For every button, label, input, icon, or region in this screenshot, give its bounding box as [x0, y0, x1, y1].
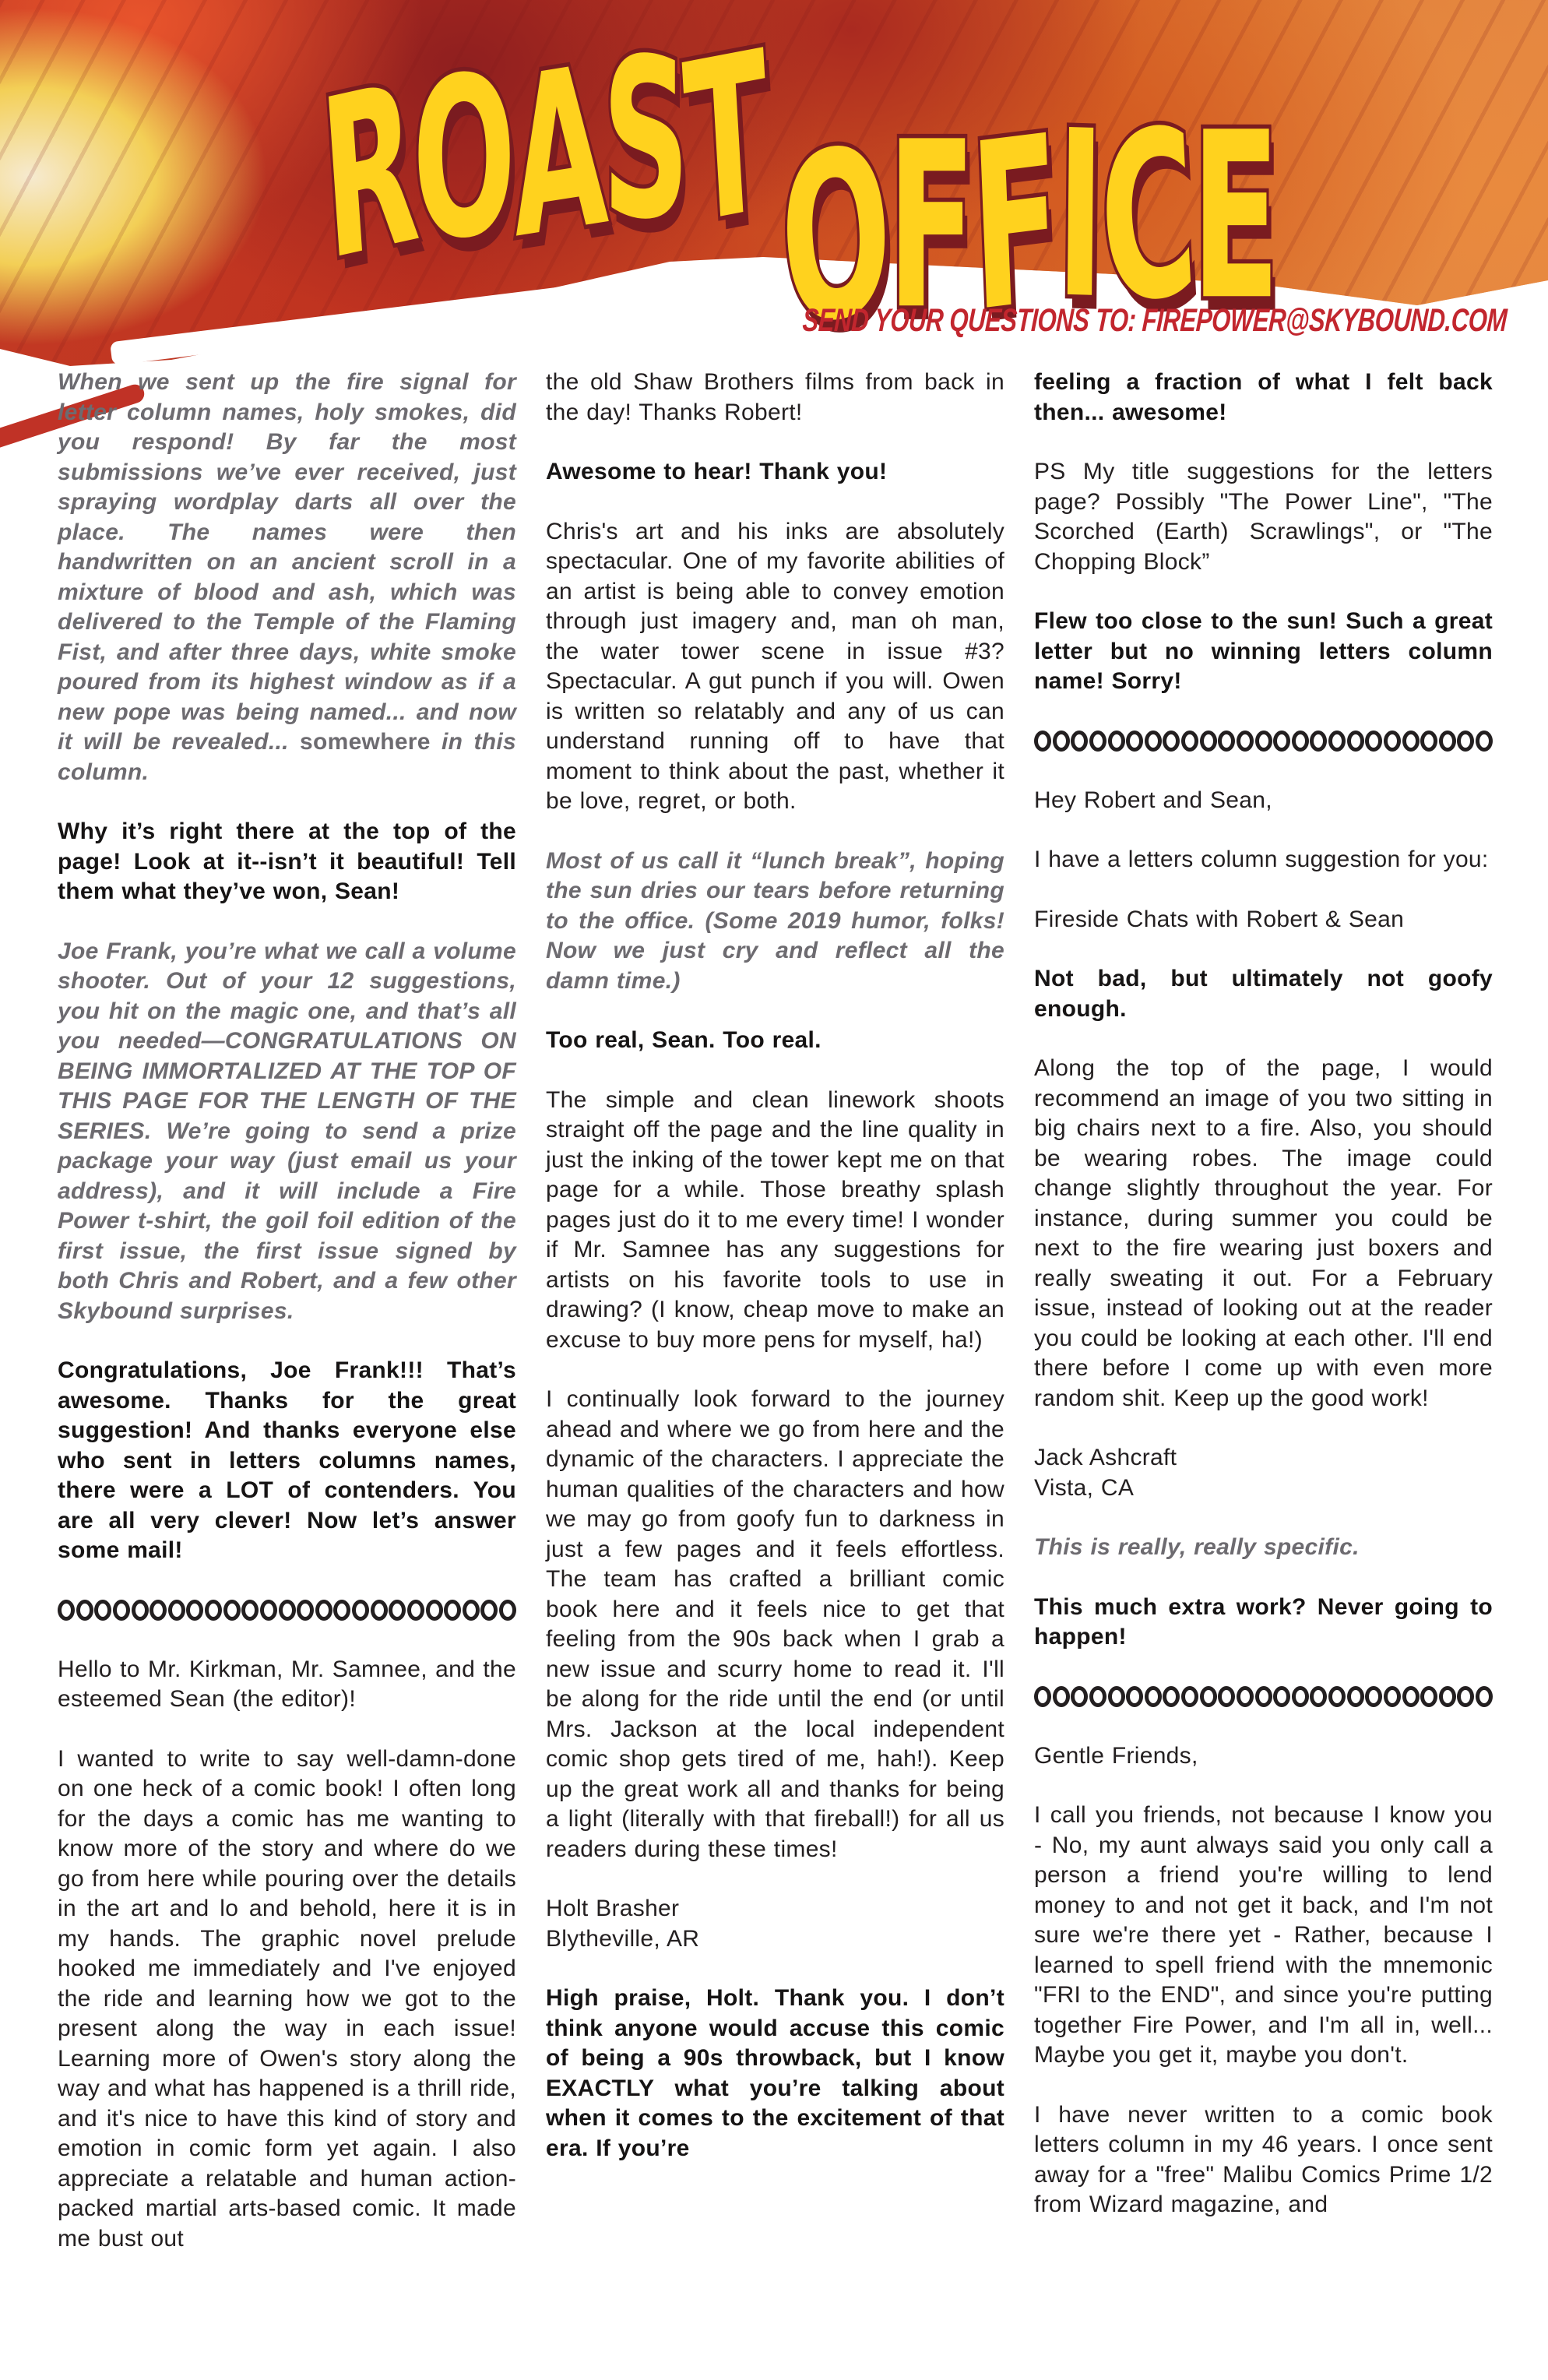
- text-run: PS My title suggestions for the letters …: [1034, 459, 1493, 575]
- text-run: This is really, really specific.: [1034, 1534, 1360, 1560]
- divider-circle: [1089, 1686, 1106, 1707]
- text-run: I continually look forward to the journe…: [546, 1386, 1004, 1862]
- text-run: Too real, Sean. Too real.: [546, 1027, 821, 1053]
- editor-reply: High praise, Holt. Thank you. I don’t th…: [546, 1984, 1004, 2163]
- divider-circle: [1402, 1686, 1420, 1707]
- letter-paragraph: the old Shaw Brothers films from back in…: [546, 368, 1004, 428]
- letter-paragraph: I have never written to a comic book let…: [1034, 2100, 1493, 2220]
- letter-paragraph: Chris's art and his inks are absolutely …: [546, 517, 1004, 817]
- editor-reply: This is really, really specific.: [1034, 1533, 1493, 1563]
- divider-circle: [333, 1600, 350, 1621]
- text-run: Along the top of the page, I would recom…: [1034, 1055, 1493, 1411]
- divider-circle: [1365, 1686, 1382, 1707]
- divider-circle: [1255, 731, 1272, 752]
- divider-circle: [1034, 1686, 1051, 1707]
- divider-circle: [1384, 731, 1401, 752]
- divider-circle: [1163, 1686, 1180, 1707]
- divider-circle: [1476, 731, 1493, 752]
- logo-letter: A: [506, 19, 608, 288]
- text-run: Awesome to hear! Thank you!: [546, 459, 887, 484]
- tagline: SEND YOUR QUESTIONS TO: FIREPOWER@SKYBOU…: [802, 302, 1261, 339]
- signature: Jack AshcraftVista, CA: [1034, 1443, 1493, 1503]
- editor-reply: Why it’s right there at the top of the p…: [58, 817, 516, 907]
- divider-circle: [1145, 731, 1162, 752]
- divider-circle: [352, 1600, 369, 1621]
- text-run: Gentle Friends,: [1034, 1743, 1198, 1769]
- letter-paragraph: I have a letters column suggestion for y…: [1034, 845, 1493, 875]
- divider-circle: [260, 1600, 277, 1621]
- editor-reply: Congratulations, Joe Frank!!! That’s awe…: [58, 1356, 516, 1566]
- divider-circle: [1365, 731, 1382, 752]
- editor-reply: When we sent up the fire signal for lett…: [58, 368, 516, 787]
- divider-circle: [1237, 1686, 1254, 1707]
- text-run: I have a letters column suggestion for y…: [1034, 847, 1489, 872]
- divider-circle: [371, 1600, 388, 1621]
- editor-reply: Awesome to hear! Thank you!: [546, 457, 1004, 488]
- logo-letter: T: [679, 5, 772, 274]
- section-divider: [58, 1600, 516, 1621]
- signature-line: Vista, CA: [1034, 1473, 1493, 1504]
- editor-reply: Most of us call it “lunch break”, hoping…: [546, 847, 1004, 997]
- letter-paragraph: I wanted to write to say well-damn-done …: [58, 1745, 516, 2255]
- text-run: Most of us call it “lunch break”, hoping…: [546, 848, 1004, 994]
- divider-circle: [1181, 1686, 1198, 1707]
- divider-circle: [1237, 731, 1254, 752]
- text-run: feeling a fraction of what I felt back t…: [1034, 369, 1493, 425]
- divider-circle: [389, 1600, 406, 1621]
- divider-circle: [1071, 731, 1088, 752]
- text-run: I wanted to write to say well-damn-done …: [58, 1746, 516, 2251]
- divider-circle: [186, 1600, 203, 1621]
- divider-circle: [1089, 731, 1106, 752]
- text-run: This much extra work? Never going to hap…: [1034, 1594, 1493, 1650]
- divider-circle: [1108, 1686, 1125, 1707]
- divider-circle: [407, 1600, 424, 1621]
- divider-circle: [499, 1600, 516, 1621]
- divider-circle: [1292, 731, 1309, 752]
- logo-roast: ROAST: [319, 8, 769, 305]
- editor-reply: Too real, Sean. Too real.: [546, 1026, 1004, 1056]
- divider-circle: [480, 1600, 498, 1621]
- letter-paragraph: Gentle Friends,: [1034, 1741, 1493, 1772]
- divider-circle: [1108, 731, 1125, 752]
- divider-circle: [1053, 1686, 1070, 1707]
- divider-circle: [1310, 1686, 1327, 1707]
- divider-circle: [1034, 731, 1051, 752]
- divider-circle: [315, 1600, 332, 1621]
- editor-reply: Joe Frank, you’re what we call a volume …: [58, 937, 516, 1327]
- divider-circle: [1273, 1686, 1290, 1707]
- text-run: Joe Frank, you’re what we call a volume …: [58, 938, 516, 1324]
- divider-circle: [58, 1600, 75, 1621]
- divider-circle: [241, 1600, 259, 1621]
- divider-circle: [1181, 731, 1198, 752]
- letter-paragraph: Hello to Mr. Kirkman, Mr. Samnee, and th…: [58, 1655, 516, 1715]
- divider-circle: [1310, 731, 1327, 752]
- editor-reply: feeling a fraction of what I felt back t…: [1034, 368, 1493, 428]
- text-run: the old Shaw Brothers films from back in…: [546, 369, 1004, 425]
- editor-reply: This much extra work? Never going to hap…: [1034, 1593, 1493, 1653]
- divider-circle: [1439, 1686, 1456, 1707]
- section-divider: [1034, 731, 1493, 752]
- text-run: Hello to Mr. Kirkman, Mr. Samnee, and th…: [58, 1656, 516, 1713]
- text-run: The simple and clean linework shoots str…: [546, 1087, 1004, 1353]
- divider-circle: [1218, 731, 1235, 752]
- text-run: High praise, Holt. Thank you. I don’t th…: [546, 1985, 1004, 2161]
- divider-circle: [1420, 731, 1437, 752]
- editor-reply: Not bad, but ultimately not goofy enough…: [1034, 964, 1493, 1024]
- text-run: I have never written to a comic book let…: [1034, 2102, 1493, 2218]
- divider-circle: [1476, 1686, 1493, 1707]
- logo-letter: S: [602, 12, 686, 268]
- divider-circle: [1439, 731, 1456, 752]
- text-run: Why it’s right there at the top of the p…: [58, 819, 516, 904]
- text-run: Congratulations, Joe Frank!!! That’s awe…: [58, 1357, 516, 1563]
- divider-circle: [150, 1600, 167, 1621]
- column-1: When we sent up the fire signal for lett…: [58, 368, 516, 2283]
- divider-circle: [132, 1600, 149, 1621]
- divider-circle: [113, 1600, 130, 1621]
- divider-circle: [223, 1600, 241, 1621]
- text-run: Flew too close to the sun! Such a great …: [1034, 608, 1493, 694]
- divider-circle: [168, 1600, 185, 1621]
- signature: Holt BrasherBlytheville, AR: [546, 1894, 1004, 1954]
- logo-letter: R: [315, 37, 421, 310]
- divider-circle: [76, 1600, 93, 1621]
- divider-circle: [1273, 731, 1290, 752]
- divider-circle: [1053, 731, 1070, 752]
- letter-paragraph: Along the top of the page, I would recom…: [1034, 1054, 1493, 1414]
- columns: When we sent up the fire signal for lett…: [58, 368, 1493, 2283]
- divider-circle: [1126, 731, 1143, 752]
- text-run: somewhere: [300, 729, 442, 755]
- divider-circle: [297, 1600, 314, 1621]
- column-3: feeling a fraction of what I felt back t…: [1034, 368, 1493, 2283]
- divider-circle: [1347, 731, 1364, 752]
- letter-paragraph: I continually look forward to the journe…: [546, 1385, 1004, 1864]
- text-run: I call you friends, not because I know y…: [1034, 1802, 1493, 2068]
- letter-paragraph: I call you friends, not because I know y…: [1034, 1801, 1493, 2071]
- divider-circle: [1384, 1686, 1401, 1707]
- editor-reply: Flew too close to the sun! Such a great …: [1034, 607, 1493, 697]
- text-run: Not bad, but ultimately not goofy enough…: [1034, 966, 1493, 1022]
- letter-paragraph: PS My title suggestions for the letters …: [1034, 457, 1493, 577]
- divider-circle: [279, 1600, 296, 1621]
- divider-circle: [94, 1600, 111, 1621]
- section-divider: [1034, 1687, 1493, 1707]
- divider-circle: [1457, 731, 1474, 752]
- text-run: Fireside Chats with Robert & Sean: [1034, 907, 1404, 932]
- logo-letter: O: [411, 30, 513, 288]
- divider-circle: [1200, 731, 1217, 752]
- divider-circle: [1200, 1686, 1217, 1707]
- divider-circle: [1163, 731, 1180, 752]
- divider-circle: [463, 1600, 480, 1621]
- divider-circle: [1328, 731, 1346, 752]
- divider-circle: [1218, 1686, 1235, 1707]
- column-2: the old Shaw Brothers films from back in…: [546, 368, 1004, 2283]
- signature-line: Holt Brasher: [546, 1894, 1004, 1924]
- letter-paragraph: The simple and clean linework shoots str…: [546, 1086, 1004, 1356]
- text-run: When we sent up the fire signal for lett…: [58, 369, 516, 755]
- text-run: Chris's art and his inks are absolutely …: [546, 519, 1004, 815]
- divider-circle: [444, 1600, 461, 1621]
- divider-circle: [1071, 1686, 1088, 1707]
- divider-circle: [1420, 1686, 1437, 1707]
- divider-circle: [1457, 1686, 1474, 1707]
- letter-paragraph: Fireside Chats with Robert & Sean: [1034, 905, 1493, 935]
- divider-circle: [1292, 1686, 1309, 1707]
- letter-paragraph: Hey Robert and Sean,: [1034, 786, 1493, 816]
- divider-circle: [1347, 1686, 1364, 1707]
- divider-circle: [426, 1600, 443, 1621]
- header-banner: ROAST OFFICE SEND YOUR QUESTIONS TO: FIR…: [0, 0, 1548, 374]
- divider-circle: [205, 1600, 222, 1621]
- divider-circle: [1145, 1686, 1162, 1707]
- divider-circle: [1402, 731, 1420, 752]
- divider-circle: [1126, 1686, 1143, 1707]
- text-run: Hey Robert and Sean,: [1034, 787, 1272, 813]
- signature-line: Blytheville, AR: [546, 1924, 1004, 1955]
- signature-line: Jack Ashcraft: [1034, 1443, 1493, 1473]
- divider-circle: [1255, 1686, 1272, 1707]
- divider-circle: [1328, 1686, 1346, 1707]
